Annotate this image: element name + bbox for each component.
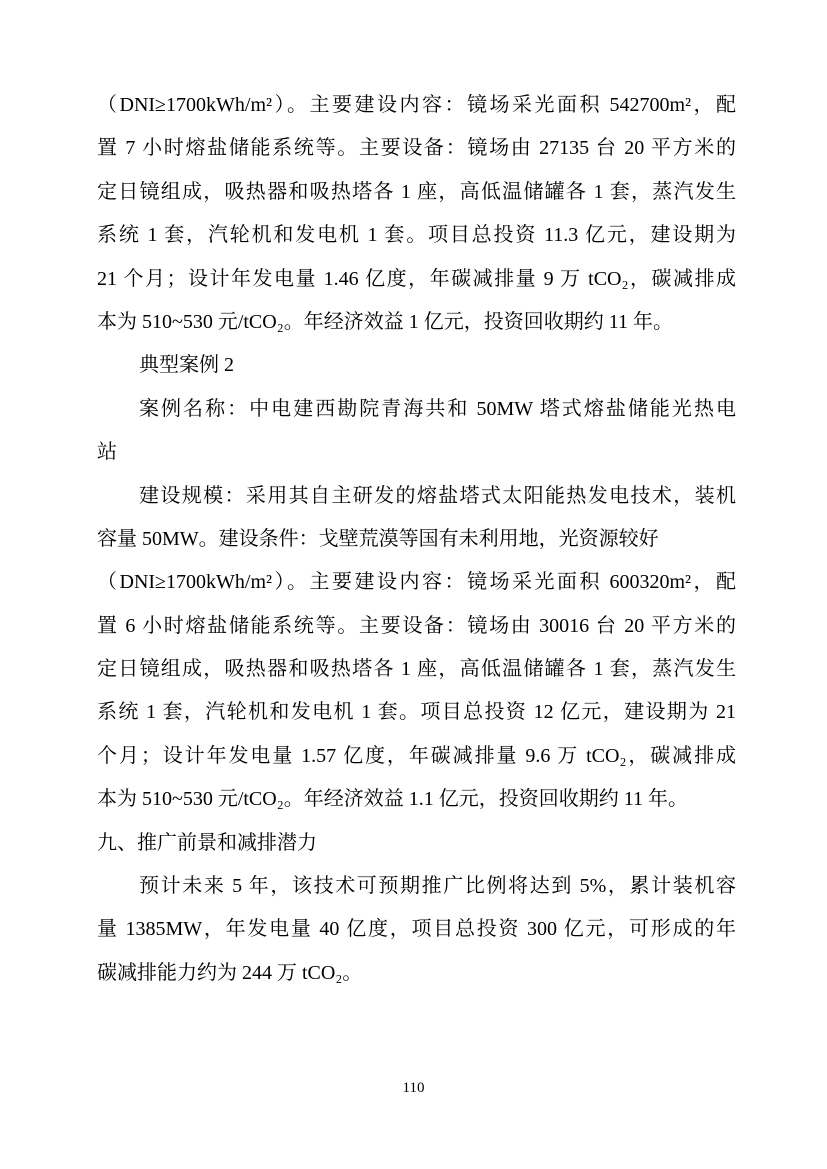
text-line: 容量 50MW。建设条件：戈壁荒漠等国有未利用地，光资源较好 (97, 518, 736, 561)
text-line: 置 6 小时熔盐储能系统等。主要设备：镜场由 30016 台 20 平方米的 (97, 605, 736, 648)
text-line: 碳减排能力约为 244 万 tCO₂。 (97, 952, 736, 995)
case-name-line: 站 (97, 431, 736, 474)
text-line: 定日镜组成，吸热器和吸热塔各 1 座，高低温储罐各 1 套，蒸汽发生 (97, 648, 736, 691)
case-label: 典型案例 2 (97, 344, 736, 387)
text-line: 21 个月；设计年发电量 1.46 亿度，年碳减排量 9 万 tCO₂，碳减排成 (97, 258, 736, 301)
text-line: 预计未来 5 年，该技术可预期推广比例将达到 5%，累计装机容 (97, 865, 736, 908)
case-name-line: 案例名称：中电建西勘院青海共和 50MW 塔式熔盐储能光热电 (97, 388, 736, 431)
document-page: （DNI≥1700kWh/m²）。主要建设内容：镜场采光面积 542700m²，… (0, 0, 827, 1169)
text-line: 本为 510~530 元/tCO₂。年经济效益 1.1 亿元，投资回收期约 11… (97, 778, 736, 821)
text-body: （DNI≥1700kWh/m²）。主要建设内容：镜场采光面积 542700m²，… (97, 84, 736, 995)
text-line: 量 1385MW，年发电量 40 亿度，项目总投资 300 亿元，可形成的年 (97, 908, 736, 951)
text-line: 建设规模：采用其自主研发的熔盐塔式太阳能热发电技术，装机 (97, 475, 736, 518)
text-line: 置 7 小时熔盐储能系统等。主要设备：镜场由 27135 台 20 平方米的 (97, 127, 736, 170)
text-line: （DNI≥1700kWh/m²）。主要建设内容：镜场采光面积 600320m²，… (97, 561, 736, 604)
text-line: （DNI≥1700kWh/m²）。主要建设内容：镜场采光面积 542700m²，… (97, 84, 736, 127)
text-line: 定日镜组成，吸热器和吸热塔各 1 座，高低温储罐各 1 套，蒸汽发生 (97, 171, 736, 214)
page-number: 110 (0, 1076, 827, 1100)
text-line: 系统 1 套，汽轮机和发电机 1 套。项目总投资 12 亿元，建设期为 21 (97, 691, 736, 734)
text-line: 个月；设计年发电量 1.57 亿度，年碳减排量 9.6 万 tCO₂，碳减排成 (97, 735, 736, 778)
text-line: 本为 510~530 元/tCO₂。年经济效益 1 亿元，投资回收期约 11 年… (97, 301, 736, 344)
section-heading: 九、推广前景和减排潜力 (97, 822, 736, 865)
text-line: 系统 1 套，汽轮机和发电机 1 套。项目总投资 11.3 亿元，建设期为 (97, 214, 736, 257)
